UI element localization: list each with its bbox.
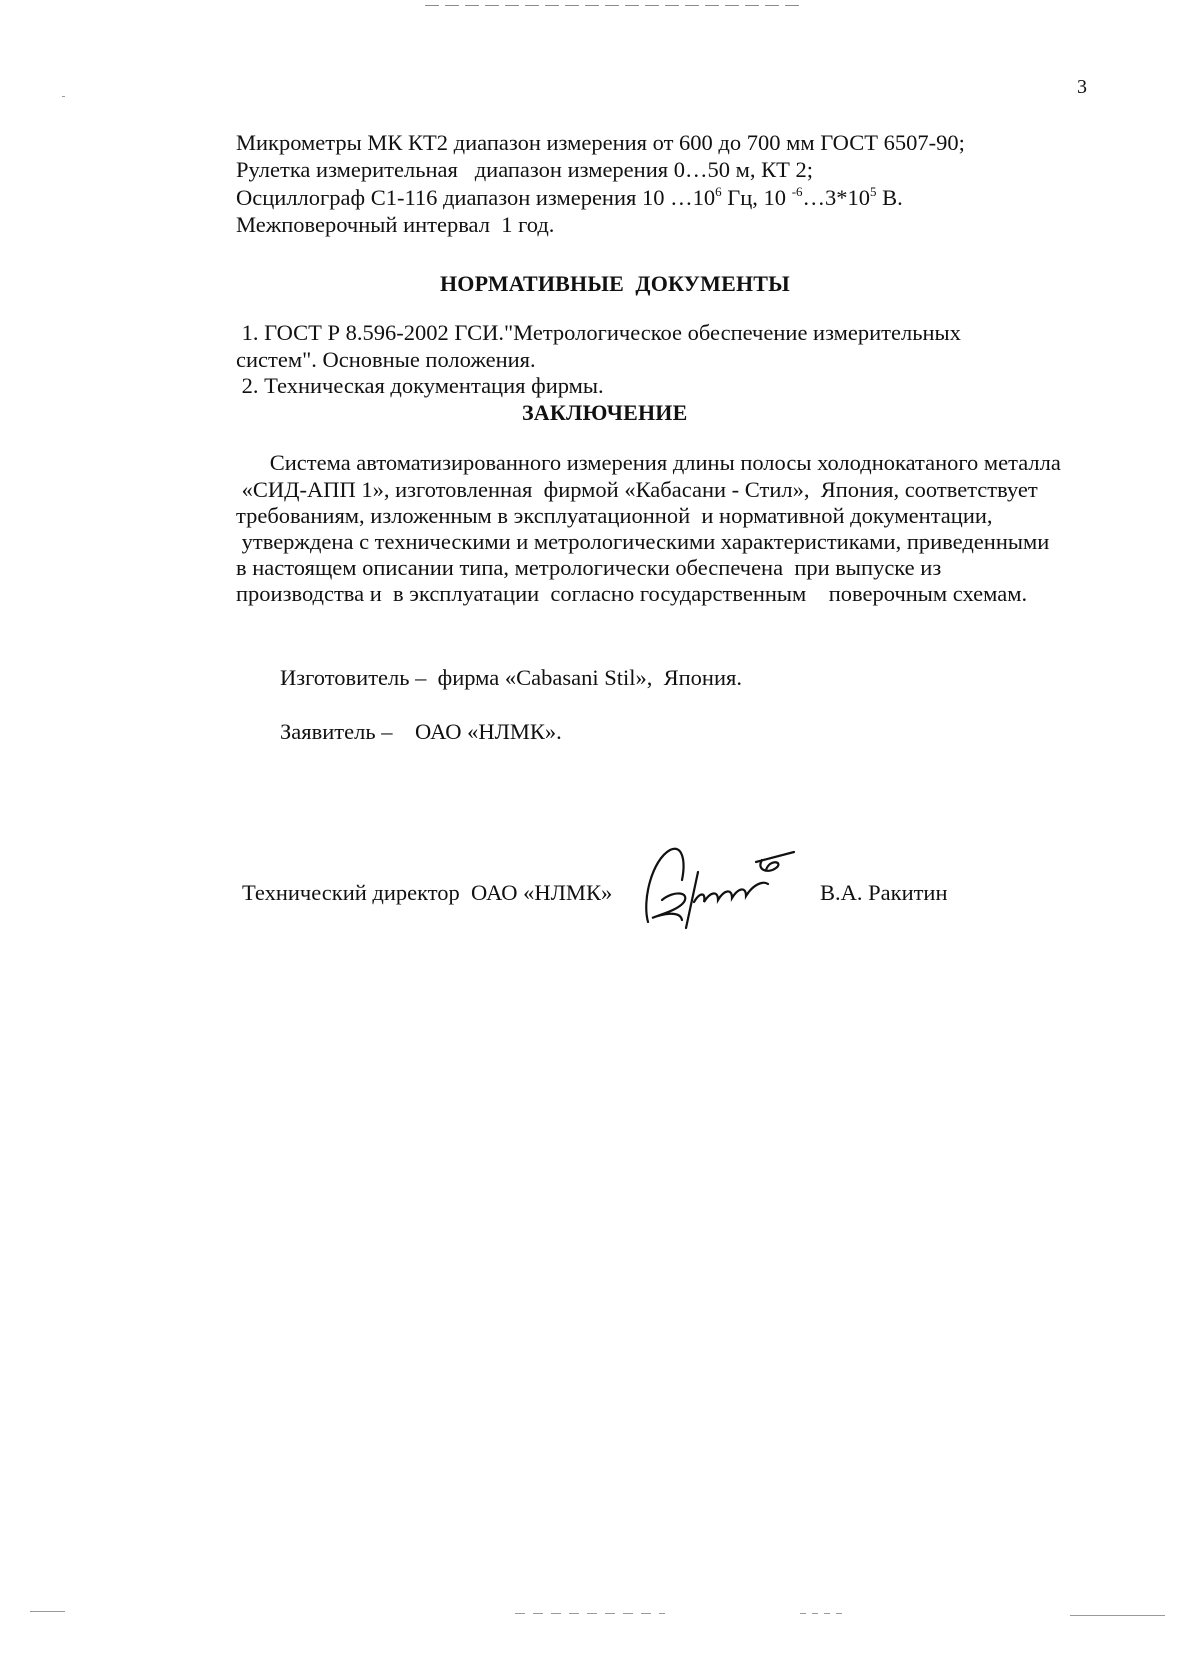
oscilloscope-text: …3*10 [803,185,871,210]
manufacturer-line: Изготовитель – фирма «Cabasani Stil», Яп… [280,665,742,691]
scan-artifact-bottom [30,1611,65,1612]
conclusion-line: «СИД-АПП 1», изготовленная фирмой «Кабас… [236,477,1038,503]
normative-item-2: 2. Техническая документация фирмы. [236,373,604,399]
signatory-title: Технический директор ОАО «НЛМК» [242,880,612,906]
scan-artifact-bottom [800,1613,845,1614]
conclusion-line: в настоящем описании типа, метрологическ… [236,555,941,581]
normative-item-1-cont: систем". Основные положения. [236,347,536,373]
oscilloscope-text: Гц, 10 [722,185,792,210]
page-number: 3 [1077,76,1087,99]
exponent: -6 [792,184,803,199]
instrument-line-tape-measure: Рулетка измерительная диапазон измерения… [236,157,813,183]
scan-artifact-bottom [515,1613,665,1614]
conclusion-line: утверждена с техническими и метрологичес… [236,529,1049,555]
verification-interval: Межповерочный интервал 1 год. [236,212,554,238]
applicant-line: Заявитель – ОАО «НЛМК». [280,719,562,745]
instrument-line-micrometers: Микрометры МК КТ2 диапазон измерения от … [236,130,965,156]
conclusion-line: Система автоматизированного измерения дл… [236,450,1061,476]
oscilloscope-text: В. [877,185,903,210]
instrument-line-oscilloscope: Осциллограф С1-116 диапазон измерения 10… [236,185,903,211]
signatory-name: В.А. Ракитин [820,880,948,906]
normative-item-1: 1. ГОСТ Р 8.596-2002 ГСИ."Метрологическо… [236,320,961,346]
scan-artifact-left [62,96,65,97]
signature-icon [628,840,818,930]
conclusion-line: производства и в эксплуатации согласно г… [236,581,1027,607]
normative-heading: НОРМАТИВНЫЕ ДОКУМЕНТЫ [440,271,790,297]
scan-artifact-bottom [1070,1615,1165,1616]
conclusion-line: требованиям, изложенным в эксплуатационн… [236,503,993,529]
conclusion-heading: ЗАКЛЮЧЕНИЕ [522,400,688,426]
scan-artifact-top [425,5,805,6]
oscilloscope-text: Осциллограф С1-116 диапазон измерения 10… [236,185,715,210]
